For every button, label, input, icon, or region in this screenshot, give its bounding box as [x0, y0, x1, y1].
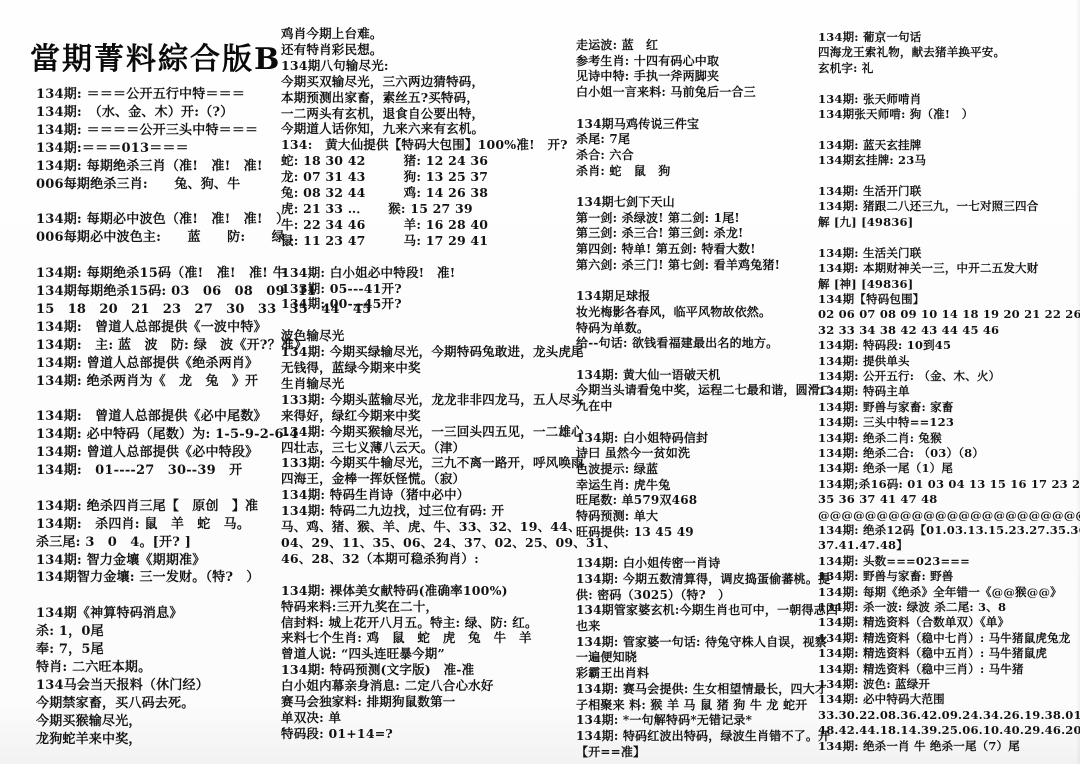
text-line: 134期: 曾道人总部提供《必中尾数》 — [36, 408, 284, 426]
text-line: 走运波: 蓝 红 — [576, 38, 812, 54]
text-line: 35 36 37 41 47 48 — [818, 492, 1078, 507]
text-line: 134期: （水、金、木）开:（?） — [36, 104, 284, 122]
text-line: 134期: 必中特码大范围 — [818, 692, 1078, 707]
text-line — [818, 122, 1078, 137]
text-line: 04、29、11、35、06、24、37、02、25、09、31、 — [281, 535, 547, 551]
text-line: 134期: 每期必中波色（准! 准! 准! ） — [36, 211, 284, 229]
text-line: 特码段: 01+14=? — [281, 726, 547, 742]
text-line: 无钱得，蓝绿今期来中奖 — [281, 360, 547, 376]
text-line: 134期: 猪跟二八还三九，一七对照三四合 — [818, 199, 1078, 214]
text-line: 134期: 白小姐特码信封 — [576, 431, 812, 447]
text-line: 134期: 黄大仙一语破天机 — [576, 368, 812, 384]
text-line: 旺码提供: 13 45 49 — [576, 525, 812, 541]
text-line: 006每期绝杀三肖: 兔、狗、牛 — [36, 176, 284, 194]
text-line: 134期: 曾道人总部提供《一波中特》 — [36, 319, 284, 337]
text-line: 134期: 必中特码（尾数）为: 1-5-9-2-6-4 — [36, 426, 284, 444]
text-line: 134期: 01----27 30--39 开 — [36, 462, 284, 480]
text-line: 本期预测出家畜，素丝五?买特码， — [281, 90, 547, 106]
text-line: 134期管家婆玄机:今期生肖也可中，一朝得志四 — [576, 603, 812, 619]
text-line: 134期: 绝杀四肖三尾【 原创 】准 — [36, 498, 284, 516]
text-line: 幸运生肖: 虎牛兔 — [576, 478, 812, 494]
text-line: 134期: 白小姐必中特段! 准! — [281, 265, 547, 281]
text-line: 一二两头有玄机，退食自公要出特， — [281, 106, 547, 122]
text-line: 134期: 绝杀二肖: 兔猴 — [818, 431, 1078, 446]
text-line — [576, 415, 812, 431]
text-line: 134期马鸡传说三件宝 — [576, 117, 812, 133]
text-line: 134期: 绝杀二合: （03）（8） — [818, 446, 1078, 461]
lottery-tip-sheet: 當期菁料綜合版B 134期: ＝＝＝公开五行中特＝＝＝134期: （水、金、木）… — [0, 0, 1080, 764]
text-line: @@@@@@@@@@@@@@@@@@@@@@@@ — [818, 508, 1078, 523]
text-line: 单双决: 单 — [281, 710, 547, 726]
text-line: 龙狗蛇羊来中奖， — [36, 731, 284, 749]
text-line: 第三剑: 杀三合! 第三剑: 杀龙! — [576, 226, 812, 242]
text-line: 来得好，绿红今期来中奖 — [281, 408, 547, 424]
text-line — [576, 352, 812, 368]
text-line: 波色输尽光 — [281, 328, 547, 344]
text-line: 32 33 34 38 42 43 44 45 46 — [818, 323, 1078, 338]
text-line: 134期: 智力金壤《期期准》 — [36, 552, 284, 570]
text-line — [36, 587, 284, 605]
text-line: 134期: 绝杀两肖为《 龙 兔 》开 — [36, 373, 284, 391]
text-line: 134期: 生活关门联 — [818, 246, 1078, 261]
text-line: 134期: 绝杀一尾（1）尾 — [818, 461, 1078, 476]
text-line: 134期: 特码预测(文字版) 准-准 — [281, 662, 547, 678]
text-line: 134期: 特码红波出特码，绿波生肖错不了。开 — [576, 729, 812, 745]
text-line: 134期玄挂牌: 23马 — [818, 153, 1078, 168]
text-line: 134期:＝＝＝013＝＝＝ — [36, 140, 284, 158]
text-line: 蛇: 18 30 42 猪: 12 24 36 — [281, 153, 547, 169]
text-line: 006每期必中波色主: 蓝 防: 绿 . — [36, 229, 284, 247]
text-line: 134期: 波色: 蓝绿开 — [818, 677, 1078, 692]
text-line: 48.42.44.18.14.39.25.06.10.40.29.46.20. — [818, 723, 1078, 738]
text-line: 134期: *一句解特码*无错记录* — [576, 713, 812, 729]
text-line: 旺尾数: 单579双468 — [576, 493, 812, 509]
text-line — [36, 390, 284, 408]
text-line: 生肖输尽光 — [281, 376, 547, 392]
text-line: 特码来料:三开九奖在二十， — [281, 599, 547, 615]
text-line: 134期: 头数===023=== — [818, 554, 1078, 569]
text-line: 【开==准】 — [576, 745, 812, 761]
text-line: 四海龙王索礼物，献去猪羊换平安。 — [818, 45, 1078, 60]
text-line: 见诗中特: 手执一斧两脚夹 — [576, 69, 812, 85]
text-line: 134期: 每期《绝杀》全年错一《@@猴@@》 — [818, 585, 1078, 600]
text-line: 134期智力金壤: 三一发财。（特? ） — [36, 569, 284, 587]
text-line: 134期: 野兽与家畜: 野兽 — [818, 569, 1078, 584]
text-line: 色波提示: 绿蓝 — [576, 462, 812, 478]
text-line: 134期: 特码主单 — [818, 384, 1078, 399]
text-line: 134期: ＝＝＝＝公开三头中特＝＝＝ — [36, 122, 284, 140]
text-line — [281, 312, 547, 328]
text-line: 134期;杀16码: 01 03 04 13 15 16 17 23 27 28… — [818, 477, 1078, 492]
text-line: 134期: 精选资料（稳中三肖）: 马牛猪 — [818, 662, 1078, 677]
text-line: 134期: 特码生肖诗（猪中必中） — [281, 487, 547, 503]
text-line: 今期当头请看兔中奖，运程二七最和谐，圆滑二 — [576, 383, 812, 399]
text-line: 46、28、32（本期可稳杀狗肖）: — [281, 551, 547, 567]
text-line: 兔: 08 32 44 鸡: 14 26 38 — [281, 185, 547, 201]
text-line: 134期: 今期买绿输尽光，今期特码兔敢进，龙头虎尾 — [281, 344, 547, 360]
text-line: 134期八句输尽光: — [281, 58, 547, 74]
text-line: 02 06 07 08 09 10 14 18 19 20 21 22 26 3… — [818, 307, 1078, 322]
text-line: 134期: 提供单头 — [818, 354, 1078, 369]
text-line: 134期: 本期财神关一三，中开二五发大财 — [818, 261, 1078, 276]
text-line — [576, 541, 812, 557]
text-line: 特肖: 二六旺本期。 — [36, 659, 284, 677]
text-line: 134期: 每期绝杀15码（准! 准! 准! 牛 — [36, 265, 284, 283]
text-line — [818, 76, 1078, 91]
text-line: 134马会当天报料（休门经） — [36, 677, 284, 695]
text-line: 杀: 1，0尾 — [36, 623, 284, 641]
column-3: 走运波: 蓝 红参考生肖: 十四有码心中取见诗中特: 手执一斧两脚夹白小姐一言来… — [576, 38, 812, 760]
text-line — [36, 193, 284, 211]
text-line: 134期【特码包围】 — [818, 292, 1078, 307]
text-line: 134期: 今期五数清算得，调皮捣蛋偷蕃桃。提 — [576, 572, 812, 588]
text-line: 杀肖: 蛇 鼠 狗 — [576, 164, 812, 180]
text-line: 134期张天师啃: 狗（准! ） — [818, 107, 1078, 122]
text-line: 四壮志，三七义薄八云天。（津） — [281, 440, 547, 456]
text-line — [281, 567, 547, 583]
text-line: 今期道人话你知，九来六来有玄机。 — [281, 121, 547, 137]
text-line: 134期: 曾道人总部提供《必中特段》 — [36, 444, 284, 462]
text-line: 134期: 蓝天玄挂牌 — [818, 138, 1078, 153]
text-line — [818, 230, 1078, 245]
text-line: 还有特肖彩民想。 — [281, 42, 547, 58]
text-line: 四海王，金棒一挥妖怪慌。（寂） — [281, 471, 547, 487]
text-line — [576, 179, 812, 195]
text-line: 134期: 葡京一句话 — [818, 30, 1078, 45]
text-line: 133期: 今期头蓝输尽光，龙龙非非四龙马，五人尽头 — [281, 392, 547, 408]
text-line: 杀尾: 7尾 — [576, 132, 812, 148]
text-line: 马、鸡、猪、猴、羊、虎、牛、33、32、19、44、 — [281, 519, 547, 535]
text-line: 134期: 精选资料（合数单双）《单》 — [818, 615, 1078, 630]
text-line: 134: 黄大仙提供【特码大包围】100%准! 开? — [281, 137, 547, 153]
text-line: 一遍便知晓 — [576, 650, 812, 666]
text-line: 134期: 绝杀12码【01.03.13.15.23.27.35.36 — [818, 523, 1078, 538]
text-line: 九在中 — [576, 399, 812, 415]
text-line: 134期: 裸体美女献特码(准确率100%) — [281, 583, 547, 599]
text-line: 特码预测: 单大 — [576, 509, 812, 525]
text-line: 玄机字: 礼 — [818, 61, 1078, 76]
text-line: 龙: 07 31 43 狗: 13 25 37 — [281, 169, 547, 185]
text-line: 134期: 公开五行: （金、木、火） — [818, 369, 1078, 384]
text-line — [818, 169, 1078, 184]
text-line: 鸡肖今期上台难。 — [281, 26, 547, 42]
text-line: 134期: 管家婆一句话: 待兔守株人自误，视察 — [576, 635, 812, 651]
text-line: 彩霸王出肖料 — [576, 666, 812, 682]
text-line: 134期: 绝杀一肖 牛 绝杀一尾（7）尾 — [818, 739, 1078, 754]
text-line: 133期: 今期买牛输尽光，三九不离一路开，呼风唤雨 — [281, 455, 547, 471]
text-line: 134期每期绝杀15码: 03 06 08 09 11 — [36, 283, 284, 301]
text-line: 赛马会独家料: 排期狗鼠数第一 — [281, 694, 547, 710]
text-line: 白小姐内幕亲身消息: 二定八合心水好 — [281, 678, 547, 694]
text-line: 134期: 今期买猴输尽光，一三回头四五见，一二雄心 — [281, 424, 547, 440]
text-line: 杀合: 六合 — [576, 148, 812, 164]
text-line: 134期《神算特码消息》 — [36, 605, 284, 623]
text-line: 134期: 杀一波: 绿波 杀二尾: 3、8 — [818, 600, 1078, 615]
text-line: 134期: 主: 蓝 波 防: 绿 波《开?？准》 — [36, 337, 284, 355]
text-line: 虎: 21 33 ‥． 猴: 15 27 39 — [281, 201, 547, 217]
text-line: 子相聚来 料: 猴 羊 马 鼠 猪 狗 牛 龙 蛇开 — [576, 698, 812, 714]
text-line: 134期: 野兽与家畜: 家畜 — [818, 400, 1078, 415]
text-line — [36, 247, 284, 265]
text-line: 134期: 杀四肖: 鼠 羊 蛇 马。 — [36, 516, 284, 534]
text-line: 134期: 00---45开? — [281, 296, 547, 312]
text-line: 134期: 白小姐传密一肖诗 — [576, 556, 812, 572]
text-line: 134期: 生活开门联 — [818, 184, 1078, 199]
text-line: 杀三尾: 3 0 4。[开? ] — [36, 534, 284, 552]
text-line: 134期: 特码段: 10到45 — [818, 338, 1078, 353]
text-line: 今期买猴输尽光， — [36, 713, 284, 731]
text-line: 134期七剑下天山 — [576, 195, 812, 211]
column-2: 鸡肖今期上台难。还有特肖彩民想。134期八句输尽光:今期买双输尽光，三六两边猜特… — [281, 26, 547, 742]
column-1: 134期: ＝＝＝公开五行中特＝＝＝134期: （水、金、木）开:（?）134期… — [36, 86, 284, 749]
text-line: 134期: 赛马会提供: 生女相望情最长，四大才 — [576, 682, 812, 698]
text-line: 134期: 精选资料（稳中五肖）: 马牛猪鼠虎 — [818, 646, 1078, 661]
column-4: 134期: 葡京一句话四海龙王索礼物，献去猪羊换平安。玄机字: 礼134期: 张… — [818, 30, 1078, 754]
text-line — [576, 101, 812, 117]
text-line: 134期: ＝＝＝公开五行中特＝＝＝ — [36, 86, 284, 104]
text-line: 曾道人说: “四头连旺暴今期” — [281, 646, 547, 662]
text-line: 鼠: 11 23 47 马: 17 29 41 — [281, 233, 547, 249]
text-line: 信封料: 城上花开八月五。特主: 绿、防: 红。 — [281, 615, 547, 631]
text-line: 134期: 三头中特==123 — [818, 415, 1078, 430]
text-line — [281, 249, 547, 265]
text-line: 15 18 20 21 23 27 30 33 35 44 45 — [36, 301, 284, 319]
text-line — [576, 274, 812, 290]
text-line: 37.41.47.48】 — [818, 538, 1078, 553]
text-line: 134期: 精选资料（稳中七肖）: 马牛猪鼠虎兔龙 — [818, 631, 1078, 646]
text-line: 白小姐一言来料: 马前兔后一合三 — [576, 85, 812, 101]
text-line: 牛: 22 34 46 羊: 16 28 40 — [281, 217, 547, 233]
text-line: 妆光梅影各春风，临平风物故依然。 — [576, 305, 812, 321]
text-line: 特码为单数。 — [576, 321, 812, 337]
text-line: 供: 密码（3025）（特? ） — [576, 588, 812, 604]
text-line — [36, 480, 284, 498]
text-line: 第六剑: 杀三门! 第七剑: 看羊鸡兔猪! — [576, 258, 812, 274]
text-line: 第一剑: 杀绿波! 第二剑: 1尾! — [576, 211, 812, 227]
text-line: 解 [九] [49836] — [818, 215, 1078, 230]
text-line: 134期: 特码二九边找，过三位有码: 开 — [281, 503, 547, 519]
text-line: 诗曰 虽然今一贫如洗 — [576, 446, 812, 462]
text-line: 解 [神] [49836] — [818, 277, 1078, 292]
page-title: 當期菁料綜合版B — [30, 34, 281, 78]
text-line: 133期: 05---41开? — [281, 281, 547, 297]
text-line: 134期足球报 — [576, 289, 812, 305]
text-line: 奉: 7，5尾 — [36, 641, 284, 659]
text-line: 134期: 曾道人总部提供《绝杀两肖》 — [36, 355, 284, 373]
text-line: 134期: 每期绝杀三肖（准! 准! 准! — [36, 158, 284, 176]
text-line: 也来 — [576, 619, 812, 635]
text-line: 参考生肖: 十四有码心中取 — [576, 54, 812, 70]
text-line: 今期买双输尽光，三六两边猜特码， — [281, 74, 547, 90]
text-line: 第四剑: 特单! 第五剑: 特看大数! — [576, 242, 812, 258]
text-line: 33.30.22.08.36.42.09.24.34.26.19.38.01. — [818, 708, 1078, 723]
text-line: 134期: 张天师啃肖 — [818, 92, 1078, 107]
text-line: 来料七个生肖: 鸡 鼠 蛇 虎 兔 牛 羊 — [281, 630, 547, 646]
text-line: 给--句话: 欲钱看福建最出名的地方。 — [576, 336, 812, 352]
text-line: 今期禁家畜，买八码去死。 — [36, 695, 284, 713]
